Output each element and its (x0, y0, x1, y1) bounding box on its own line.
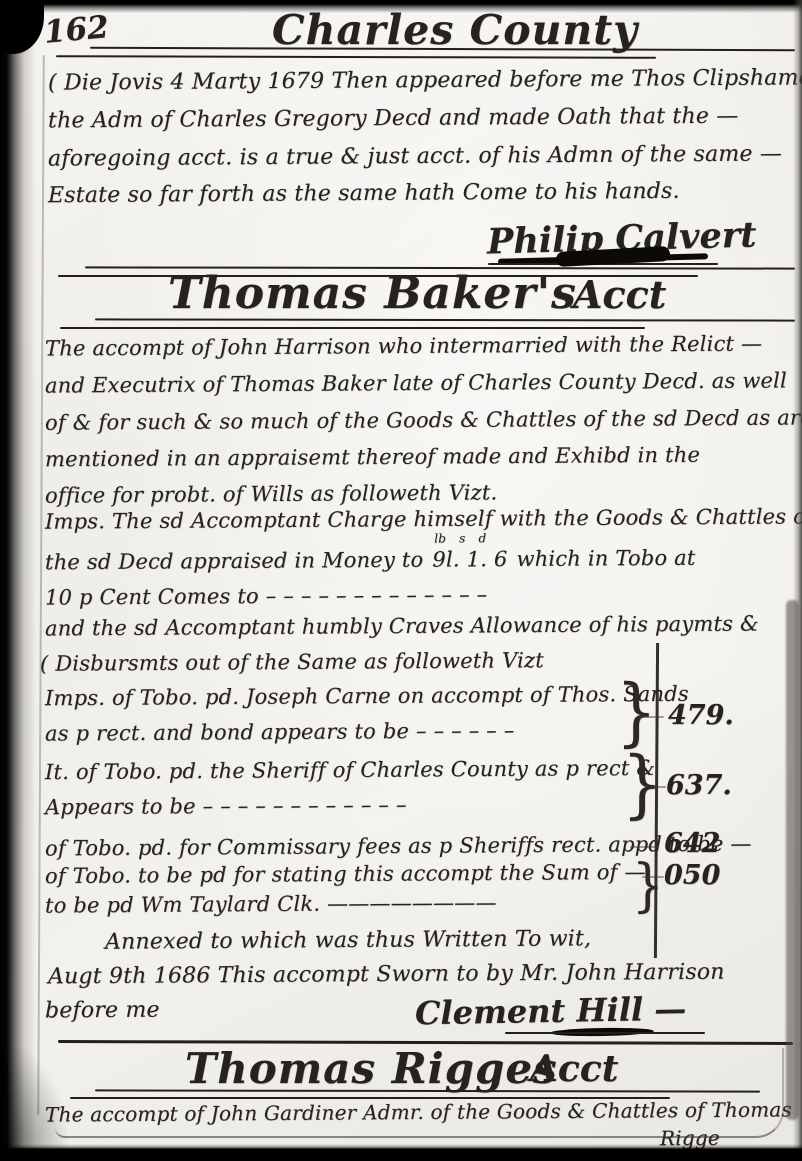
charge-money-prefix: the sd Decd appraised in Money to (45, 548, 424, 575)
item-amount: 642 (664, 828, 720, 859)
signature-clement-hill: Clement Hill — (415, 990, 687, 1033)
item-brace: } (622, 742, 663, 827)
account-item-line: Imps. of Tobo. pd. Joseph Carne on accom… (45, 682, 689, 710)
manuscript-line: Augt 9th 1686 This accompt Sworn to by M… (48, 960, 725, 990)
money-units-superscript: lb s d (434, 531, 486, 545)
scan-edge-left (0, 0, 36, 1161)
manuscript-line: the Adm of Charles Gregory Decd and made… (48, 104, 739, 134)
heading-underline (60, 327, 645, 329)
manuscript-line: ( Die Jovis 4 Marty 1679 Then appeared b… (48, 65, 802, 95)
manuscript-scan: 162 Charles County ( Die Jovis 4 Marty 1… (0, 0, 802, 1161)
charge-money-line: the sd Decd appraised in Money tolb s d9… (45, 546, 696, 575)
scan-corner-bottom-left (0, 1039, 70, 1149)
amount-dash (638, 716, 664, 718)
money-amount: 9l. 1. 6 (432, 547, 507, 572)
item-amount: 637. (666, 770, 732, 801)
account-item-line: to be pd Wm Taylard Clk. ———————— (45, 890, 497, 917)
amount-dash (630, 846, 658, 848)
manuscript-line: Annexed to which was thus Written To wit… (105, 926, 591, 954)
manuscript-line: and the sd Accomptant humbly Craves Allo… (45, 612, 759, 641)
manuscript-line: 10 p Cent Comes to – – – – – – – – – – –… (45, 582, 487, 609)
scan-edge-bottom (0, 1144, 802, 1161)
signature-flourish-line (505, 1032, 705, 1034)
heading-thomas-bakers: Thomas Baker's (168, 268, 577, 319)
item-brace: } (632, 852, 664, 919)
scan-shadow-right (786, 600, 799, 1120)
manuscript-line: mentioned in an appraisemt thereof made … (45, 443, 700, 472)
manuscript-line: The accompt of John Harrison who interma… (45, 331, 762, 360)
page-edge-outline (55, 1048, 784, 1138)
scan-edge-top (0, 0, 802, 13)
account-item-line: of Tobo. to be pd for stating this accom… (45, 860, 646, 888)
account-item-line: Appears to be – – – – – – – – – – – – (45, 793, 407, 820)
page-number: 162 (43, 9, 111, 51)
manuscript-line: Estate so far forth as the same hath Com… (48, 179, 680, 208)
account-item-line: It. of Tobo. pd. the Sheriff of Charles … (45, 756, 655, 784)
manuscript-line: before me (45, 998, 160, 1024)
item-amount: 479. (668, 700, 734, 731)
account-item-line: as p rect. and bond appears to be – – – … (45, 718, 515, 745)
manuscript-line: aforegoing acct. is a true & just acct. … (48, 141, 782, 171)
manuscript-line: office for probt. of Wills as followeth … (45, 480, 498, 507)
money-amount-wrap: lb s d9l. 1. 6 (432, 547, 507, 572)
amount-dash (644, 786, 666, 788)
heading-baker-acct: Acct (573, 272, 666, 317)
item-amount: 050 (664, 860, 720, 891)
amount-dash (642, 876, 664, 878)
charge-money-suffix: which in Tobo at (516, 546, 695, 571)
manuscript-line: ( Disbursmts out of the Same as followet… (40, 648, 544, 676)
